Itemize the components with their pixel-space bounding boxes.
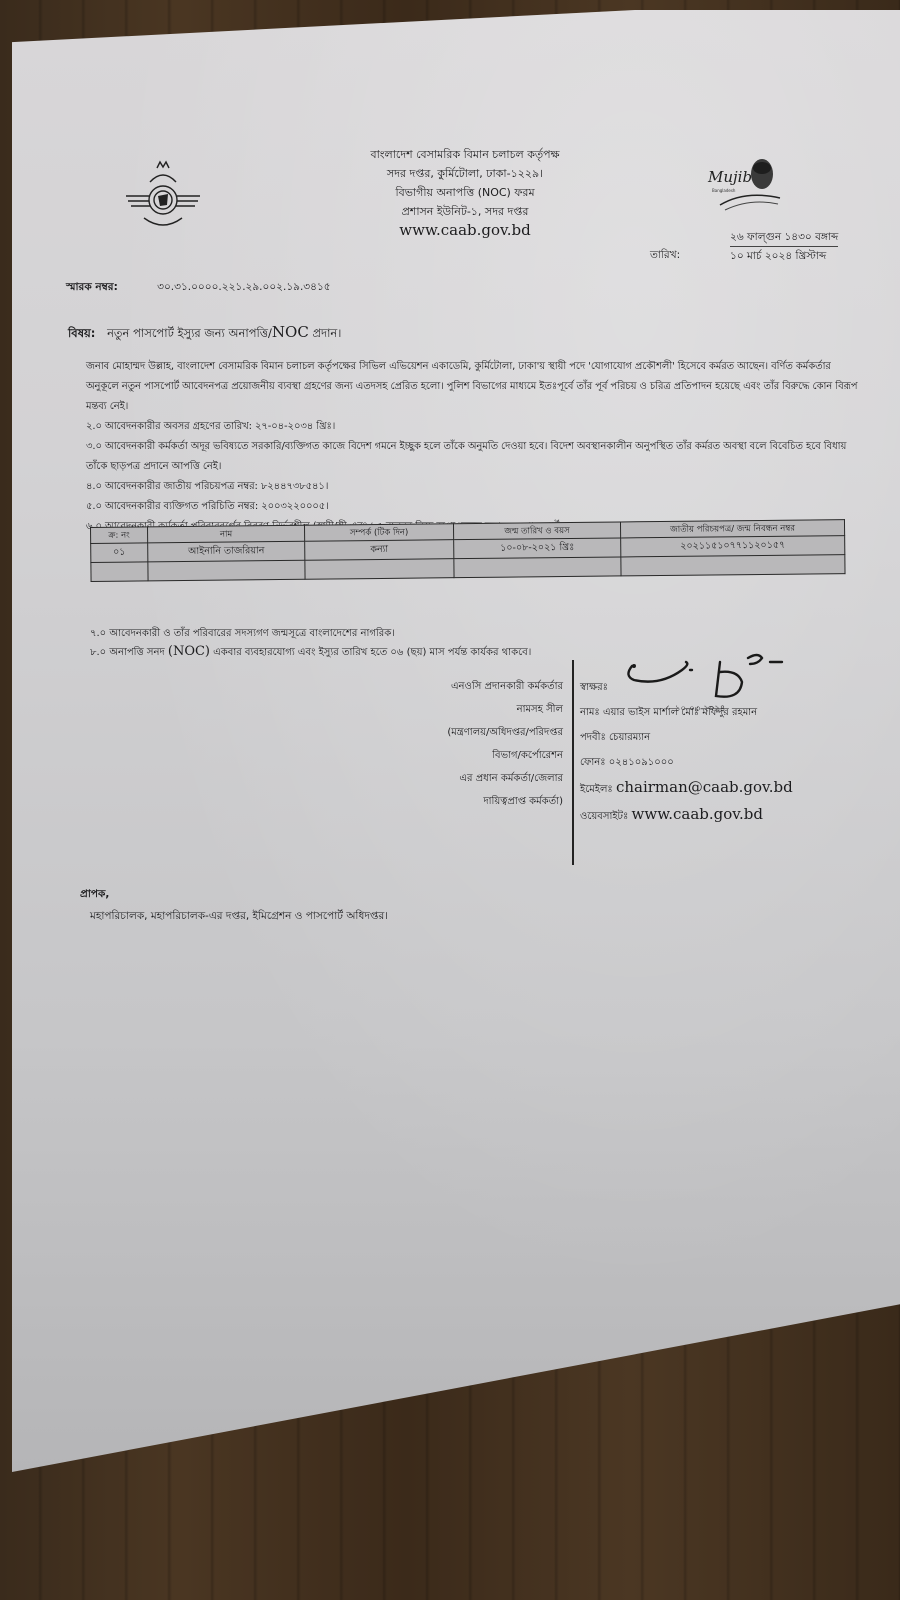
item-5-personal-id: ৫.০ আবেদনকারীর ব্যক্তিগত পরিচিতি নম্বর: … <box>86 497 861 517</box>
signature-field: স্বাক্ষরঃ <box>580 675 880 700</box>
col-dob: জন্ম তারিখ ও বয়স <box>453 522 620 540</box>
recipient-label: প্রাপক, <box>80 883 388 905</box>
letterhead: বাংলাদেশ বেসামরিক বিমান চলাচল কর্তৃপক্ষ … <box>330 145 600 240</box>
svg-text:Bangladesh: Bangladesh <box>712 188 736 193</box>
memo-number-line: স্মারক নম্বর: ৩০.৩১.০০০০.২২১.২৯.০০২.১৯.৩… <box>66 280 331 297</box>
paragraph-1: জনাব মোহাম্মদ উল্লাহ, বাংলাদেশ বেসামরিক … <box>86 357 861 417</box>
recipient-address: মহাপরিচালক, মহাপরিচালক-এর দপ্তর, ইমিগ্রে… <box>90 905 388 927</box>
unit-name: প্রশাসন ইউনিট-১, সদর দপ্তর <box>330 202 600 221</box>
item-7-citizenship: ৭.০ আবেদনকারী ও তাঁর পরিবারের সদস্যগণ জন… <box>90 625 531 643</box>
col-serial: ক্র: নং <box>91 527 148 544</box>
col-name: নাম <box>148 525 305 543</box>
signatory-designation: পদবীঃ চেয়ারম্যান <box>580 725 880 750</box>
memo-label: স্মারক নম্বর: <box>66 281 118 293</box>
family-details-table: ক্র: নং নাম সম্পর্ক (টিক দিন) জন্ম তারিখ… <box>90 519 846 582</box>
caab-emblem-icon <box>124 160 202 240</box>
post-table-items: ৭.০ আবেদনকারী ও তাঁর পরিবারের সদস্যগণ জন… <box>90 625 531 662</box>
memo-number: ৩০.৩১.০০০০.২২১.২৯.০০২.১৯.৩৪১৫ <box>157 281 330 293</box>
org-address: সদর দপ্তর, কুর্মিটোলা, ঢাকা-১২২৯। <box>330 164 600 183</box>
signature-divider <box>572 660 574 865</box>
header-website: www.caab.gov.bd <box>330 221 600 240</box>
signatory-name: নামঃ এয়ার ভাইস মার্শাল মোঃ মফিদুর রহমান <box>580 700 880 725</box>
signatory-website: ওয়েবসাইটঃ www.caab.gov.bd <box>580 802 880 829</box>
signatory-email: ইমেইলঃ chairman@caab.gov.bd <box>580 775 880 802</box>
subject-label: বিষয়: <box>68 326 95 340</box>
col-relation: সম্পর্ক (টিক দিন) <box>304 524 453 542</box>
item-8-validity: ৮.০ অনাপত্তি সনদ (NOC) একবার ব্যবহারযোগ্… <box>90 643 531 662</box>
date-block: তারিখ: ২৬ ফাল্গুন ১৪৩০ বঙ্গাব্দ ১০ মার্চ… <box>650 228 838 265</box>
gregorian-date: ১০ মার্চ ২০২৪ খ্রিস্টাব্দ <box>730 246 838 265</box>
mujib-logo-icon: Mujib's Bangladesh <box>700 150 790 220</box>
signatory-details: স্বাক্ষরঃ ১০-০৩-২০২৪ নামঃ এয়ার ভাইস মার… <box>580 675 880 829</box>
item-4-nid-number: ৪.০ আবেদনকারীর জাতীয় পরিচয়পত্র নম্বর: … <box>86 477 861 497</box>
item-2-retirement-date: ২.০ আবেদনকারীর অবসর গ্রহণের তারিখ: ২৭-০৪… <box>86 417 861 437</box>
date-label: তারিখ: <box>650 246 680 264</box>
subject-line: বিষয়: নতুন পাসপোর্ট ইস্যুর জন্য অনাপত্ত… <box>68 323 341 344</box>
recipient-block: প্রাপক, মহাপরিচালক, মহাপরিচালক-এর দপ্তর,… <box>80 883 388 927</box>
signature-date: ১০-০৩-২০২৪ <box>675 697 725 722</box>
issuing-officer-seal-label: এনওসি প্রদানকারী কর্মকর্তার নামসহ সীল (ম… <box>395 675 563 813</box>
org-name: বাংলাদেশ বেসামরিক বিমান চলাচল কর্তৃপক্ষ <box>330 145 600 164</box>
signatory-phone: ফোনঃ ০২৪১০৯১০০০ <box>580 750 880 775</box>
form-title: বিভাগীয় অনাপত্তি (NOC) ফরম <box>330 183 600 202</box>
item-3-travel-permission: ৩.০ আবেদনকারী কর্মকর্তা অদূর ভবিষ্যতে সর… <box>86 437 861 477</box>
bangla-date: ২৬ ফাল্গুন ১৪৩০ বঙ্গাব্দ <box>730 228 838 246</box>
letter-body: জনাব মোহাম্মদ উল্লাহ, বাংলাদেশ বেসামরিক … <box>86 357 861 537</box>
